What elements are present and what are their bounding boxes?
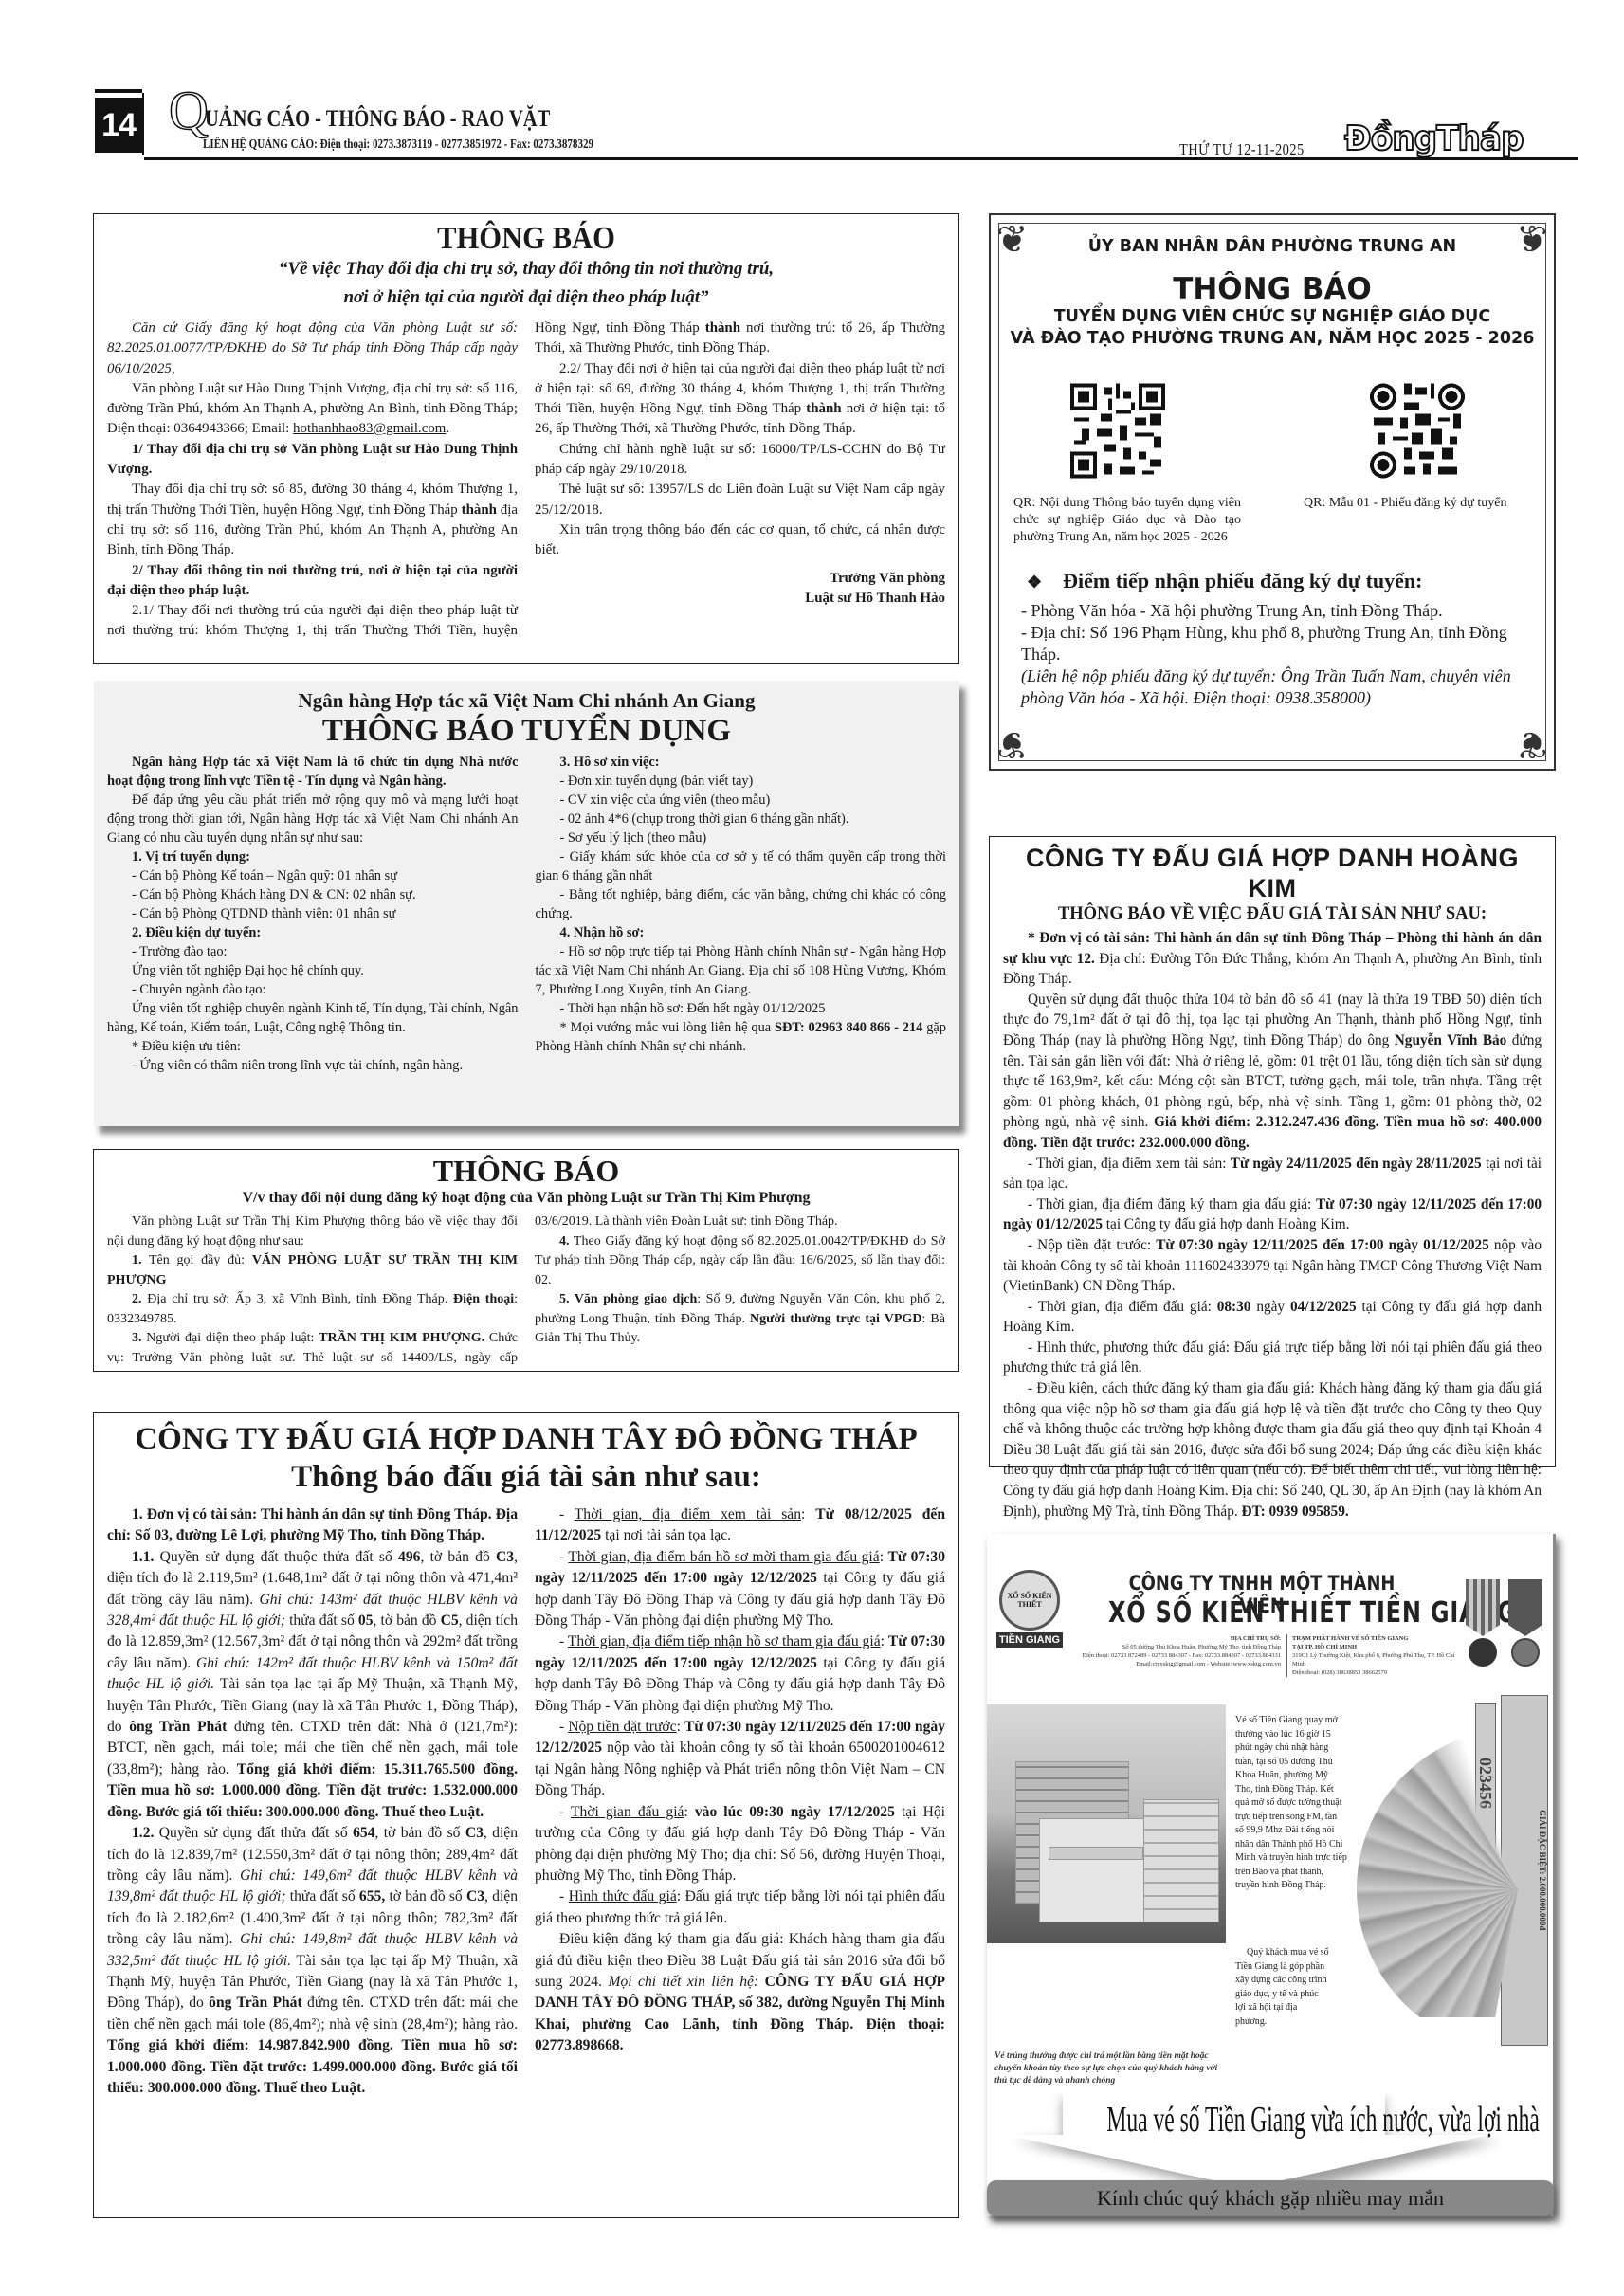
auction-body: 1. Đơn vị có tài sản: Thi hành án dân sự… bbox=[107, 1504, 945, 2099]
submission-item: - Thời hạn nhận hồ sơ: Đến hết ngày 01/1… bbox=[536, 999, 947, 1018]
qr-block-2: QR: Mẫu 01 - Phiếu đăng ký dự tuyển bbox=[1304, 376, 1531, 546]
bank-name: Ngân hàng Hợp tác xã Việt Nam Chi nhánh … bbox=[107, 688, 946, 713]
lottery-brand-title: XỔ SỐ KIẾN THIẾT TIỀN GIANG bbox=[1108, 1596, 1412, 1630]
hq-info: ĐỊA CHỈ TRỤ SỞ: Số 05 đường Thủ Khoa Huâ… bbox=[1063, 1634, 1281, 1668]
signature-name: Luật sư Hồ Thanh Hào bbox=[535, 589, 945, 609]
receive-address: - Địa chỉ: Số 196 Phạm Hùng, khu phố 8, … bbox=[1021, 622, 1527, 665]
bank-intro: Ngân hàng Hợp tác xã Việt Nam là tổ chức… bbox=[107, 755, 519, 789]
hq-phone: Điện thoại: 02733 872489 - 02733 884307 … bbox=[1063, 1651, 1281, 1660]
item-num: 2. bbox=[132, 1292, 142, 1306]
receive-contact: (Liên hệ nộp phiếu đăng ký dự tuyển: Ông… bbox=[1021, 665, 1527, 709]
qr-caption-1: QR: Nội dung Thông báo tuyển dụng viên c… bbox=[1013, 495, 1241, 546]
registration-time: - Thời gian, địa điểm đăng ký tham gia đ… bbox=[1003, 1194, 1542, 1235]
dossier-sale-time: - Thời gian, địa điểm bán hồ sơ mời tham… bbox=[535, 1547, 945, 1632]
closing-line: Xin trân trọng thông báo đến các cơ quan… bbox=[535, 520, 945, 561]
contact-phone: SĐT: 02963 840 866 - 214 bbox=[775, 1020, 922, 1035]
document-item: - Giấy khám sức khỏe của cơ sở y tế có t… bbox=[536, 847, 947, 885]
emph-thanh: thành bbox=[705, 320, 740, 336]
page-number-topbar bbox=[95, 89, 142, 93]
qr-code-icon[interactable] bbox=[1070, 376, 1165, 485]
prize-payment-note: Vé trúng thưởng được chi trả một lần bằn… bbox=[994, 2050, 1232, 2087]
registration-conditions: Điều kiện đăng ký tham gia đấu giá: Khác… bbox=[535, 1929, 945, 2056]
auction-tay-do: CÔNG TY ĐẤU GIÁ HỢP DANH TÂY ĐÔ ĐỒNG THÁ… bbox=[93, 1412, 959, 2218]
contribution-note: Quý khách mua vé số Tiền Giang là góp ph… bbox=[1235, 1946, 1330, 2029]
asset-1-1: 1.1. Quyền sử dụng đất thuộc thửa đất số… bbox=[107, 1547, 518, 1823]
header-divider bbox=[142, 93, 144, 155]
logo-emblem-icon: XỔ SỐ KIẾN THIẾT bbox=[999, 1570, 1060, 1631]
trung-an-recruitment: ❦ ❦ ❦ ❦ ỦY BAN NHÂN DÂN PHƯỜNG TRUNG AN … bbox=[989, 213, 1556, 771]
document-item: - 02 ảnh 4*6 (chụp trong thời gian 6 thá… bbox=[536, 810, 947, 829]
representative-name: TRẦN THỊ KIM PHƯỢNG. bbox=[319, 1331, 484, 1345]
condition-item: - Ứng viên có thâm niên trong lĩnh vực t… bbox=[107, 1056, 519, 1075]
issue-date: THỨ TƯ 12-11-2025 bbox=[1179, 140, 1305, 159]
draw-schedule: Vé số Tiền Giang quay mở thưởng vào lúc … bbox=[1235, 1714, 1347, 1893]
station-info: TRẠM PHÁT HÀNH VÉ SỐ TIỀN GIANG TẠI TP. … bbox=[1286, 1634, 1467, 1677]
section-heading-2: 2/ Thay đổi thông tin nơi thường trú, nơ… bbox=[107, 563, 518, 598]
auction-company-title: CÔNG TY ĐẤU GIÁ HỢP DANH HOÀNG KIM bbox=[1003, 843, 1542, 903]
intro: Văn phòng Luật sư Trần Thị Kim Phượng th… bbox=[107, 1212, 518, 1251]
qr-block-1: QR: Nội dung Thông báo tuyển dụng viên c… bbox=[1013, 376, 1241, 546]
notice-subtitle-2: nơi ở hiện tại của người đại diện theo p… bbox=[107, 286, 945, 309]
headquarters-photo bbox=[987, 1704, 1226, 1943]
condition-item: Ứng viên tốt nghiệp Đại học hệ chính quy… bbox=[107, 961, 519, 980]
emph-thanh: thành bbox=[462, 502, 497, 518]
lottery-advertisement: XỔ SỐ KIẾN THIẾT TIỀN GIANG CÔNG TY TNHH… bbox=[987, 1534, 1556, 2216]
hq-address: Số 05 đường Thủ Khoa Huân, Phường Mỹ Tho… bbox=[1063, 1643, 1281, 1651]
auction-time: - Thời gian đấu giá: vào lúc 09:30 ngày … bbox=[535, 1802, 945, 1887]
contact-prefix: * Mọi vướng mắc vui lòng liên hệ qua bbox=[560, 1020, 776, 1035]
address-change-from: Thay đổi địa chỉ trụ sở: số 85, đường 30… bbox=[107, 482, 518, 517]
position-item: - Cán bộ Phòng Khách hàng DN & CN: 02 nh… bbox=[107, 885, 519, 904]
ad-contact-line: LIÊN HỆ QUẢNG CÁO: Điện thoại: 0273.3873… bbox=[203, 137, 593, 152]
position-item: - Cán bộ Phòng Kế toán – Ngân quỹ: 01 nh… bbox=[107, 866, 519, 885]
bank-recruitment-notice: Ngân hàng Hợp tác xã Việt Nam Chi nhánh … bbox=[94, 681, 959, 1126]
header-rule bbox=[144, 157, 1578, 160]
notice-kim-phuong: THÔNG BÁO V/v thay đổi nội dung đăng ký … bbox=[93, 1149, 959, 1372]
condition-item: - Chuyên ngành đào tạo: bbox=[107, 980, 519, 999]
station-address: 319C1 Lý Thường Kiệt, Khu phố 6, Phường … bbox=[1292, 1651, 1467, 1668]
notice-title: THÔNG BÁO bbox=[149, 220, 903, 258]
corner-ornament-icon: ❦ bbox=[1516, 725, 1548, 763]
recruit-subtitle-2: VÀ ĐÀO TẠO PHƯỜNG TRUNG AN, NĂM HỌC 2025… bbox=[1010, 328, 1535, 350]
item-num: 1. bbox=[132, 1253, 142, 1267]
auction-hoang-kim: CÔNG TY ĐẤU GIÁ HỢP DANH HOÀNG KIM THÔNG… bbox=[989, 836, 1556, 1467]
signature-title: Trưởng Văn phòng bbox=[535, 569, 945, 589]
item-text: Người đại diện theo pháp luật: bbox=[142, 1331, 319, 1345]
auction-company-title: CÔNG TY ĐẤU GIÁ HỢP DANH TÂY ĐÔ ĐỒNG THÁ… bbox=[107, 1421, 945, 1457]
auction-time: - Thời gian, địa điểm đấu giá: 08:30 ngà… bbox=[1003, 1297, 1542, 1338]
item-text: Theo Giấy đăng ký hoạt động số 82.2025.0… bbox=[535, 1234, 945, 1287]
item-label: Người thường trực tại VPGD bbox=[750, 1312, 921, 1326]
condition-item: - Trường đào tạo: bbox=[107, 942, 519, 961]
notice-subtitle-1: “Về việc Thay đổi địa chỉ trụ sở, thay đ… bbox=[107, 258, 945, 281]
slogan-text: Mua vé số Tiền Giang vừa ích nước, vừa l… bbox=[1106, 2099, 1435, 2141]
auction-form: - Hình thức đấu giá: Đấu giá trực tiếp b… bbox=[535, 1886, 945, 1929]
section-heading-1: 1/ Thay đổi địa chỉ trụ sở Văn phòng Luậ… bbox=[107, 442, 518, 477]
auction-subtitle: THÔNG BÁO VỀ VIỆC ĐẤU GIÁ TÀI SẢN NHƯ SA… bbox=[1003, 903, 1542, 924]
legal-basis: Căn cứ Giấy đăng ký hoạt động của Văn ph… bbox=[107, 320, 518, 376]
submission-item: - Hồ sơ nộp trực tiếp tại Phòng Hành chí… bbox=[536, 942, 947, 999]
emph-thanh: thành bbox=[806, 401, 841, 416]
qr-caption-2: QR: Mẫu 01 - Phiếu đăng ký dự tuyển bbox=[1304, 495, 1531, 512]
item-text: Địa chỉ trụ sở: Ấp 3, xã Vĩnh Bình, tỉnh… bbox=[142, 1292, 454, 1306]
page-number: 14 bbox=[95, 98, 142, 153]
receive-details: - Phòng Văn hóa - Xã hội phường Trung An… bbox=[1021, 600, 1527, 709]
station-label: TRẠM PHÁT HÀNH VÉ SỐ TIỀN GIANG bbox=[1292, 1634, 1467, 1643]
registration-conditions: - Điều kiện, cách thức đăng ký tham gia … bbox=[1003, 1378, 1542, 1522]
condition-item: Ứng viên tốt nghiệp chuyên ngành Kinh tế… bbox=[107, 999, 519, 1037]
qr-code-icon[interactable] bbox=[1370, 376, 1465, 485]
document-item: - Đơn xin tuyển dụng (bản viết tay) bbox=[536, 772, 947, 791]
document-item: - Bằng tốt nghiệp, bảng điểm, các văn bằ… bbox=[536, 885, 947, 923]
item-num: 4. bbox=[559, 1234, 570, 1248]
phone-label: Điện thoại bbox=[453, 1292, 514, 1306]
recruit-intro: Để đáp ứng yêu cầu phát triển mở rộng qu… bbox=[107, 791, 519, 847]
medal-icon bbox=[1466, 1579, 1500, 1684]
corner-ornament-icon: ❦ bbox=[996, 725, 1029, 763]
asset-owner: * Đơn vị có tài sản: Thi hành án dân sự … bbox=[1003, 928, 1542, 990]
notice-subtitle: V/v thay đổi nội dung đăng ký hoạt động … bbox=[107, 1188, 945, 1209]
receive-point: ❖Điểm tiếp nhận phiếu đăng ký dự tuyển: bbox=[1027, 567, 1535, 596]
deposit-info: - Nộp tiền đặt trước: Từ 07:30 ngày 12/1… bbox=[535, 1717, 945, 1802]
conditions-heading: 2. Điều kiện dự tuyển: bbox=[132, 925, 261, 940]
item-text: Tên gọi đầy đủ: bbox=[142, 1253, 252, 1267]
item-label: 5. Văn phòng giao dịch bbox=[559, 1292, 697, 1306]
viewing-time: - Thời gian, địa điểm xem tài sản: Từ 08… bbox=[535, 1504, 945, 1547]
medal-icon bbox=[1508, 1579, 1542, 1684]
lottery-logo: XỔ SỐ KIẾN THIẾT TIỀN GIANG bbox=[996, 1570, 1063, 1646]
hq-web: Email:ctyxsktg@gmail.com - Website: www.… bbox=[1063, 1660, 1281, 1668]
position-item: - Cán bộ Phòng QTDND thành viên: 01 nhân… bbox=[107, 904, 519, 923]
recruitment-title: THÔNG BÁO TUYỂN DỤNG bbox=[107, 713, 946, 749]
deposit-info: - Nộp tiền đặt trước: Từ 07:30 ngày 12/1… bbox=[1003, 1235, 1542, 1297]
condition-item: * Điều kiện ưu tiên: bbox=[107, 1037, 519, 1056]
lottery-tickets-image: GIẢI ĐẶC BIỆT: 2.000.000.000đ 023456 bbox=[1338, 1695, 1548, 2046]
asset-1-2: 1.2. Quyền sử dụng đất thửa đất số 654, … bbox=[107, 1823, 518, 2099]
recruit-subtitle-1: TUYỂN DỤNG VIÊN CHỨC SỰ NGHIỆP GIÁO DỤC bbox=[1010, 306, 1535, 328]
authority-name: ỦY BAN NHÂN DÂN PHƯỜNG TRUNG AN bbox=[1010, 234, 1535, 259]
document-item: - Sơ yếu lý lịch (theo mẫu) bbox=[536, 829, 947, 847]
viewing-time: - Thời gian, địa điểm xem tài sản: Từ ng… bbox=[1003, 1154, 1542, 1194]
notice-body: Căn cứ Giấy đăng ký hoạt động của Văn ph… bbox=[107, 319, 945, 642]
dossier-receipt-time: - Thời gian, địa điểm tiếp nhận hồ sơ th… bbox=[535, 1631, 945, 1717]
positions-heading: 1. Vị trí tuyển dụng: bbox=[132, 849, 250, 865]
notice-hao-dung: THÔNG BÁO “Về việc Thay đổi địa chỉ trụ … bbox=[93, 213, 959, 664]
newspaper-logo: ĐồngTháp bbox=[1344, 119, 1524, 158]
item-num: 3. bbox=[132, 1331, 142, 1345]
asset-description: Quyền sử dụng đất thuộc thửa 104 tờ bản … bbox=[1003, 990, 1542, 1154]
station-phone: Điện thoại: (028) 38638853 38662579 bbox=[1292, 1668, 1467, 1677]
section-initial: Q bbox=[169, 83, 209, 138]
receive-heading: Điểm tiếp nhận phiếu đăng ký dự tuyển: bbox=[1063, 569, 1422, 592]
recruitment-body: Ngân hàng Hợp tác xã Việt Nam là tổ chức… bbox=[107, 753, 946, 1075]
diamond-bullet-icon: ❖ bbox=[1027, 573, 1042, 592]
auction-body: * Đơn vị có tài sản: Thi hành án dân sự … bbox=[1003, 928, 1542, 1522]
auction-subtitle: Thông báo đấu giá tài sản như sau: bbox=[107, 1457, 945, 1497]
station-label: TẠI TP. HỒ CHÍ MINH bbox=[1292, 1643, 1467, 1651]
lawyer-card: Thẻ luật sư số: 13957/LS do Liên đoàn Lu… bbox=[535, 480, 945, 520]
documents-heading: 3. Hồ sơ xin việc: bbox=[560, 755, 660, 770]
document-item: - CV xin việc của ứng viên (theo mẫu) bbox=[536, 791, 947, 810]
notice-body: Văn phòng Luật sư Trần Thị Kim Phượng th… bbox=[107, 1212, 945, 1368]
asset-owner: 1. Đơn vị có tài sản: Thi hành án dân sự… bbox=[107, 1506, 518, 1543]
receive-office: - Phòng Văn hóa - Xã hội phường Trung An… bbox=[1021, 600, 1527, 622]
section-title: UẢNG CÁO - THÔNG BÁO - RAO VẶT bbox=[205, 106, 550, 133]
submission-heading: 4. Nhận hồ sơ: bbox=[560, 925, 645, 940]
email-link[interactable]: hothanhhao83@gmail.com bbox=[293, 421, 446, 436]
auction-form: - Hình thức, phương thức đấu giá: Đấu gi… bbox=[1003, 1338, 1542, 1378]
logo-label: TIỀN GIANG bbox=[996, 1632, 1063, 1648]
hq-label: ĐỊA CHỈ TRỤ SỞ: bbox=[1063, 1634, 1281, 1643]
good-luck-footer: Kính chúc quý khách gặp nhiều may mắn bbox=[987, 2180, 1554, 2216]
practice-certificate: Chứng chỉ hành nghề luật sư số: 16000/TP… bbox=[535, 440, 945, 481]
notice-title: THÔNG BÁO bbox=[107, 1154, 945, 1188]
notice-title: THÔNG BÁO bbox=[1010, 272, 1535, 306]
